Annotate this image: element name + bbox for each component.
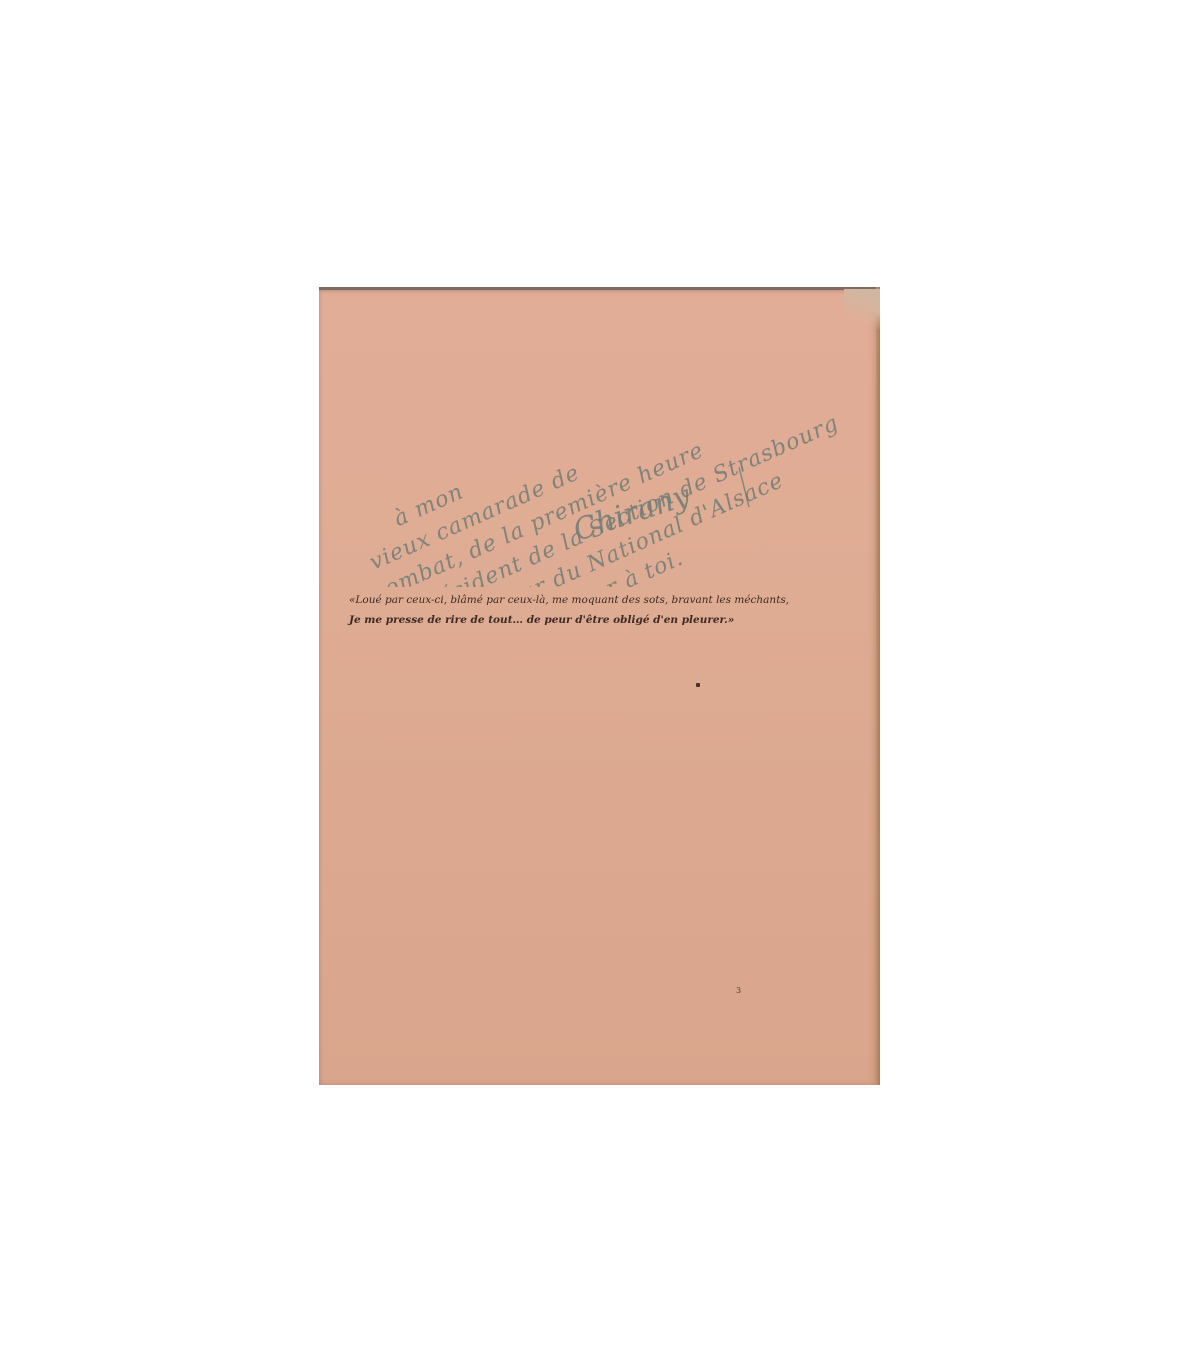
book-page: à mon vieux camarade de combat, de la pr… (319, 287, 880, 1085)
epigraph-quote: «Loué par ceux-ci, blâmé par ceux-là, me… (349, 590, 869, 630)
page-number: 3 (736, 986, 741, 995)
quote-line-1: «Loué par ceux-ci, blâmé par ceux-là, me… (349, 590, 869, 610)
handwritten-dedication: à mon vieux camarade de combat, de la pr… (319, 287, 880, 587)
quote-line-2: Je me presse de rire de tout… de peur d'… (349, 610, 869, 630)
ink-speck (696, 683, 700, 687)
